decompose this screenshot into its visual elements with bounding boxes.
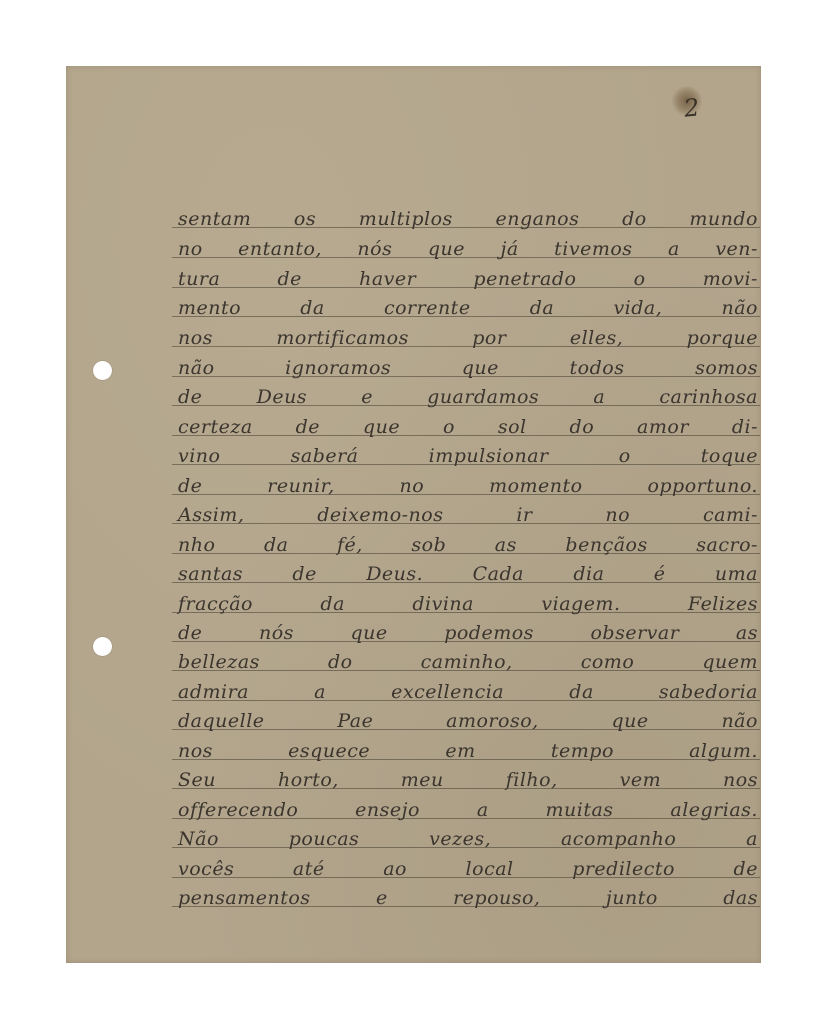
word: vem xyxy=(620,769,662,791)
text-line: Nãopoucasvezes,acompanhoa xyxy=(178,820,758,850)
text-line: bellezasdocaminho,comoquem xyxy=(178,643,758,673)
punch-hole-bottom xyxy=(93,637,112,656)
word: é xyxy=(654,563,666,585)
word: ensejo xyxy=(355,799,420,821)
word: di- xyxy=(732,416,758,438)
word: nos xyxy=(178,740,213,762)
word: amor xyxy=(637,416,689,438)
word: junto xyxy=(606,887,658,909)
word: impulsionar xyxy=(429,445,549,467)
word: algum. xyxy=(689,740,758,762)
word: mundo xyxy=(689,208,758,230)
word: bellezas xyxy=(178,651,260,673)
word: quem xyxy=(702,651,758,673)
word: mortificamos xyxy=(276,327,409,349)
word: de xyxy=(178,386,202,408)
word: acompanho xyxy=(561,828,676,850)
word: as xyxy=(736,622,758,644)
word: no xyxy=(605,504,630,526)
word: repouso, xyxy=(453,887,540,909)
word: podemos xyxy=(444,622,534,644)
word: no xyxy=(400,475,425,497)
text-line: offerecendoensejoamuitasalegrias. xyxy=(178,791,758,821)
word: uma xyxy=(715,563,758,585)
word: de xyxy=(178,475,202,497)
text-line: denósquepodemosobservaras xyxy=(178,614,758,644)
punch-hole-top xyxy=(93,361,112,380)
word: nos xyxy=(723,769,758,791)
word: ao xyxy=(383,858,407,880)
word: opportuno. xyxy=(647,475,758,497)
word: deixemo-nos xyxy=(317,504,443,526)
word: de xyxy=(296,416,320,438)
word: porque xyxy=(687,327,758,349)
word: fé, xyxy=(337,534,363,556)
word: tura xyxy=(178,268,220,290)
word: do xyxy=(570,416,595,438)
word: movi- xyxy=(703,268,758,290)
word: as xyxy=(495,534,517,556)
word: de xyxy=(277,268,301,290)
word: Assim, xyxy=(178,504,244,526)
word: esquece xyxy=(288,740,370,762)
word: elles, xyxy=(570,327,623,349)
word: multiplos xyxy=(359,208,453,230)
word: amoroso, xyxy=(446,710,539,732)
word: de xyxy=(178,622,202,644)
word: daquelle xyxy=(178,710,265,732)
word: tempo xyxy=(551,740,614,762)
word: que xyxy=(611,710,648,732)
word: Cada xyxy=(473,563,524,585)
word: toque xyxy=(701,445,758,467)
word: penetrado xyxy=(473,268,576,290)
text-line: vocêsatéaolocalpredilectode xyxy=(178,850,758,880)
word: cami- xyxy=(703,504,758,526)
word: que xyxy=(363,416,400,438)
word: sabedoria xyxy=(659,681,758,703)
word: enganos xyxy=(495,208,579,230)
word: alegrias. xyxy=(670,799,758,821)
word: da xyxy=(320,593,345,615)
word: ir xyxy=(516,504,532,526)
word: não xyxy=(178,357,215,379)
word: não xyxy=(721,710,758,732)
word: vezes, xyxy=(429,828,491,850)
word: sob xyxy=(411,534,446,556)
word: a xyxy=(746,828,758,850)
word: filho, xyxy=(506,769,558,791)
text-line: nhodafé,sobasbençãossacro- xyxy=(178,526,758,556)
word: offerecendo xyxy=(178,799,298,821)
page-number: 2 xyxy=(683,93,701,122)
word: certeza xyxy=(178,416,253,438)
word: da xyxy=(530,297,555,319)
word: da xyxy=(264,534,289,556)
word: vida, xyxy=(613,297,662,319)
word: vocês xyxy=(178,858,234,880)
word: no xyxy=(178,238,203,260)
word: do xyxy=(622,208,647,230)
word: das xyxy=(723,887,758,909)
text-line: admiraaexcellenciadasabedoria xyxy=(178,673,758,703)
text-line: vinosaberáimpulsionarotoque xyxy=(178,437,758,467)
word: o xyxy=(619,445,631,467)
word: a xyxy=(668,238,680,260)
text-line: nosesqueceemtempoalgum. xyxy=(178,732,758,762)
text-line: noentanto,nósquejátivemosaven- xyxy=(178,230,758,260)
text-line: nosmortificamosporelles,porque xyxy=(178,319,758,349)
text-line: Seuhorto,meufilho,vemnos xyxy=(178,761,758,791)
word: Felizes xyxy=(688,593,758,615)
word: de xyxy=(292,563,316,585)
text-line: turadehaverpenetradoomovi- xyxy=(178,260,758,290)
word: meu xyxy=(401,769,444,791)
word: observar xyxy=(590,622,679,644)
text-line: santasdeDeus.Cadadiaéuma xyxy=(178,555,758,585)
word: predilecto xyxy=(572,858,675,880)
word: pensamentos xyxy=(178,887,311,909)
word: por xyxy=(472,327,506,349)
word: Pae xyxy=(337,710,373,732)
word: ignoramos xyxy=(285,357,391,379)
word: que xyxy=(350,622,387,644)
text-line: pensamentoserepouso,juntodas xyxy=(178,879,758,909)
word: sol xyxy=(498,416,527,438)
text-line: sentamosmultiplosenganosdomundo xyxy=(178,200,758,230)
word: nos xyxy=(178,327,213,349)
word: bençãos xyxy=(565,534,647,556)
word: carinhosa xyxy=(659,386,758,408)
word: nho xyxy=(178,534,215,556)
word: e xyxy=(376,887,388,909)
word: a xyxy=(593,386,605,408)
word: e xyxy=(361,386,373,408)
word: em xyxy=(445,740,475,762)
word: viagem. xyxy=(541,593,620,615)
word: o xyxy=(443,416,455,438)
text-line: daquellePaeamoroso,quenão xyxy=(178,702,758,732)
word: reunir, xyxy=(267,475,334,497)
word: Deus. xyxy=(366,563,423,585)
word: caminho, xyxy=(421,651,513,673)
word: o xyxy=(634,268,646,290)
word: entanto, xyxy=(238,238,322,260)
word: nós xyxy=(357,238,392,260)
word: que xyxy=(462,357,499,379)
word: tivemos xyxy=(554,238,632,260)
word: santas xyxy=(178,563,243,585)
word: já xyxy=(500,238,518,260)
word: somos xyxy=(695,357,758,379)
word: ven- xyxy=(715,238,758,260)
word: vino xyxy=(178,445,221,467)
word: da xyxy=(569,681,594,703)
word: até xyxy=(293,858,325,880)
word: a xyxy=(314,681,326,703)
word: muitas xyxy=(545,799,613,821)
word: haver xyxy=(359,268,416,290)
word: momento xyxy=(489,475,583,497)
word: todos xyxy=(570,357,625,379)
word: guardamos xyxy=(427,386,539,408)
text-line: mentodacorrentedavida,não xyxy=(178,289,758,319)
word: saberá xyxy=(291,445,359,467)
text-line: certezadequeosoldoamordi- xyxy=(178,408,758,438)
word: divina xyxy=(412,593,474,615)
text-line: Assim,deixemo-nosirnocami- xyxy=(178,496,758,526)
word: Não xyxy=(178,828,219,850)
word: horto, xyxy=(278,769,339,791)
word: da xyxy=(300,297,325,319)
text-line: deDeuseguardamosacarinhosa xyxy=(178,378,758,408)
word: excellencia xyxy=(391,681,504,703)
word: de xyxy=(734,858,758,880)
word: do xyxy=(328,651,353,673)
word: como xyxy=(581,651,635,673)
text-line: fracçãodadivinaviagem.Felizes xyxy=(178,585,758,615)
word: local xyxy=(466,858,514,880)
word: que xyxy=(428,238,465,260)
word: não xyxy=(721,297,758,319)
word: poucas xyxy=(289,828,360,850)
word: corrente xyxy=(384,297,471,319)
text-line: dereunir,nomomentoopportuno. xyxy=(178,467,758,497)
word: nós xyxy=(259,622,294,644)
word: os xyxy=(294,208,316,230)
word: a xyxy=(477,799,489,821)
word: admira xyxy=(178,681,249,703)
word: mento xyxy=(178,297,241,319)
text-line: nãoignoramosquetodossomos xyxy=(178,349,758,379)
word: dia xyxy=(573,563,604,585)
word: sentam xyxy=(178,208,251,230)
word: Deus xyxy=(257,386,307,408)
word: sacro- xyxy=(696,534,758,556)
word: fracção xyxy=(178,593,253,615)
word: Seu xyxy=(178,769,216,791)
